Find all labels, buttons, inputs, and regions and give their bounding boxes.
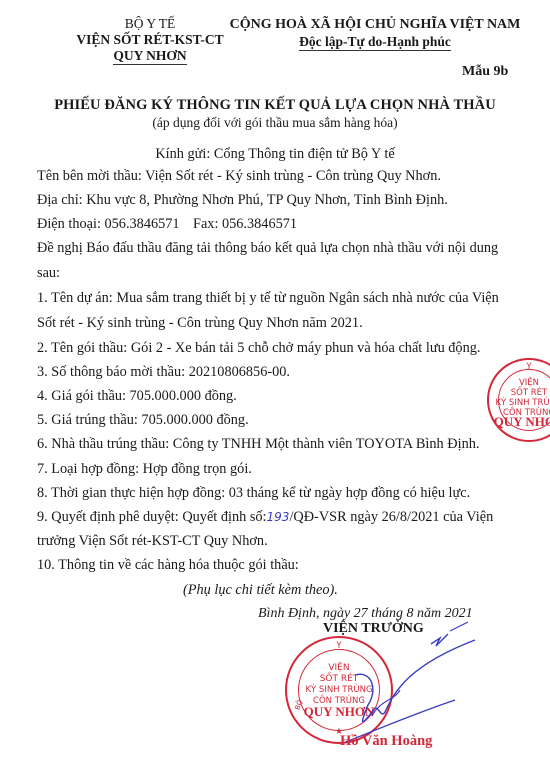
- signer-name: Hồ Văn Hoàng: [340, 733, 432, 750]
